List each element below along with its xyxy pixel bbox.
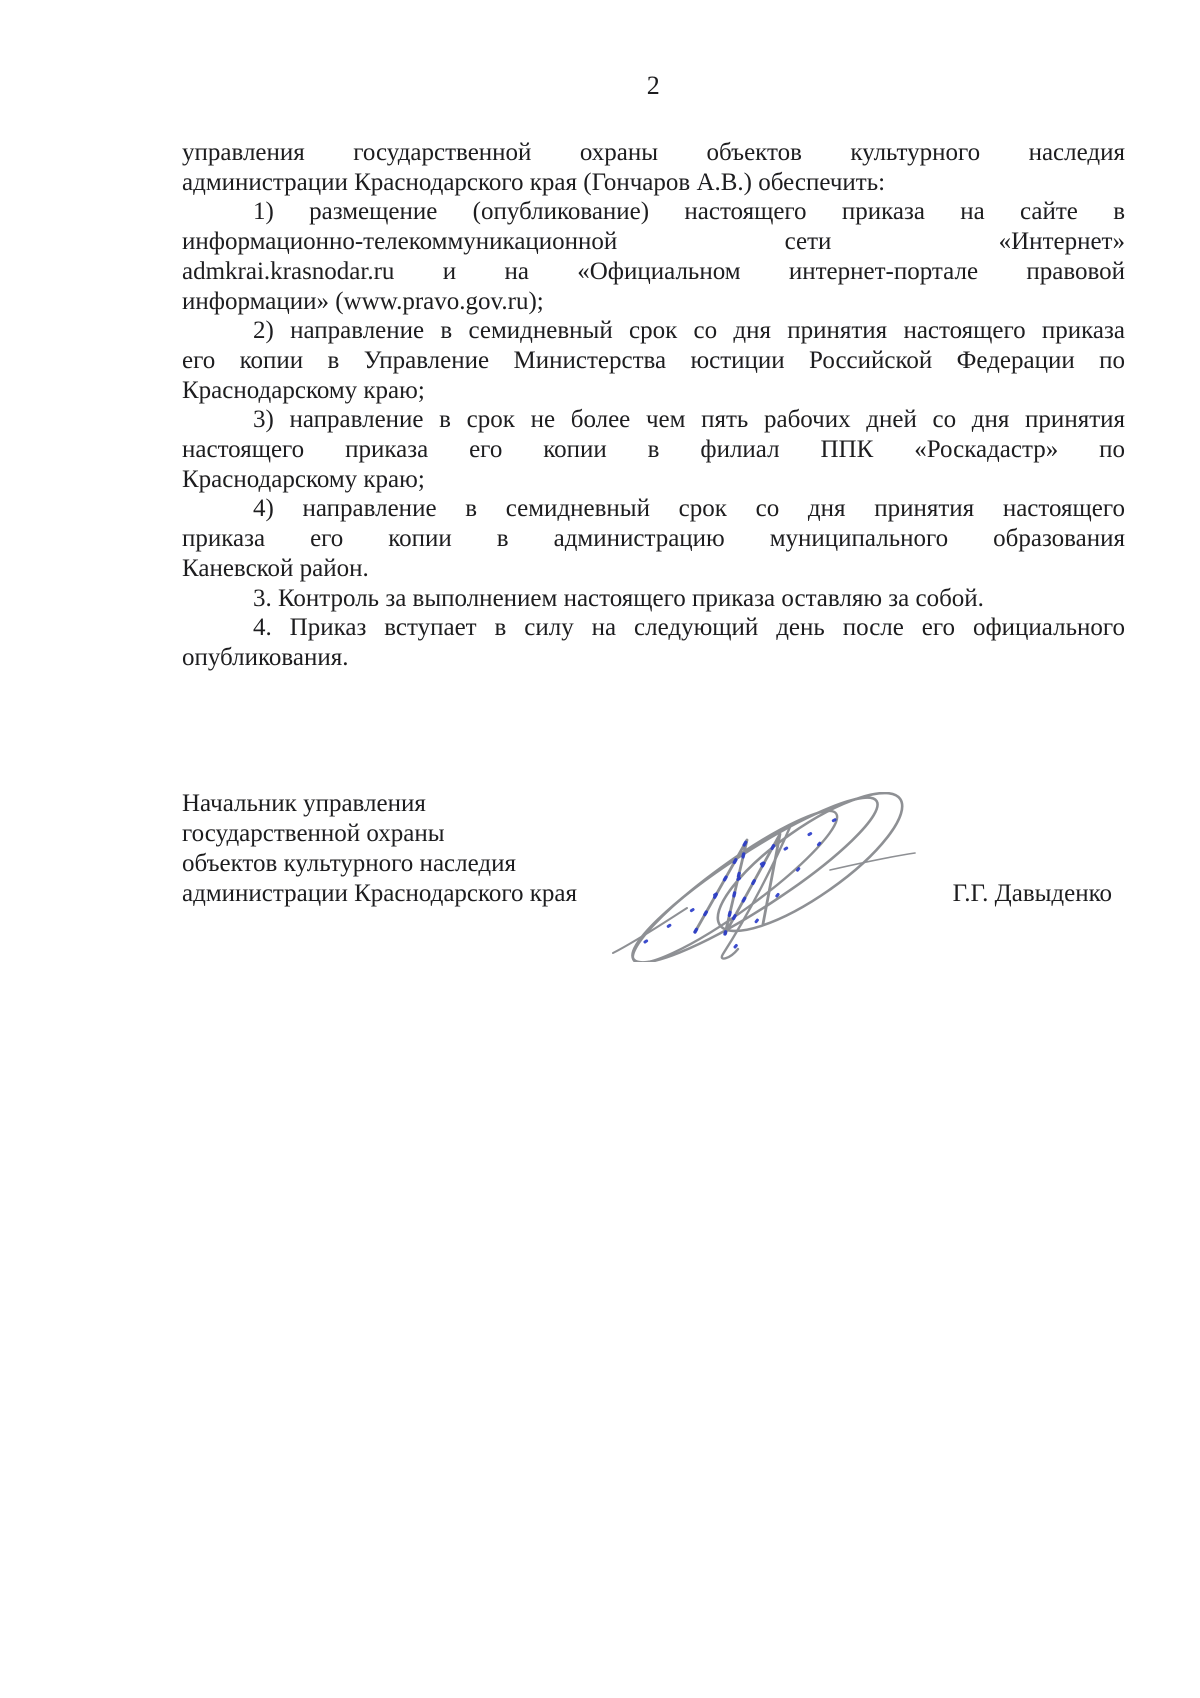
text-line: управления государственной охраны объект… bbox=[182, 138, 1125, 168]
signatory-name: Г.Г. Давыденко bbox=[953, 879, 1112, 909]
text-line: настоящего приказа его копии в филиал ПП… bbox=[182, 435, 1125, 465]
text-line: Краснодарскому краю; bbox=[182, 465, 1125, 495]
text-line: admkrai.krasnodar.ru и на «Официальном и… bbox=[182, 257, 1125, 287]
text-line: приказа его копии в администрацию муници… bbox=[182, 524, 1125, 554]
text-line: 4) направление в семидневный срок со дня… bbox=[182, 494, 1125, 524]
text-line: 3. Контроль за выполнением настоящего пр… bbox=[182, 584, 1125, 614]
text-line: Краснодарскому краю; bbox=[182, 376, 1125, 406]
document-page: 2 управления государственной охраны объе… bbox=[0, 0, 1200, 1698]
text-line: 1) размещение (опубликование) настоящего… bbox=[182, 197, 1125, 227]
page-number: 2 bbox=[182, 71, 1125, 101]
text-line: опубликования. bbox=[182, 643, 1125, 673]
text-line: информации» (www.pravo.gov.ru); bbox=[182, 287, 1125, 317]
text-line: Каневской район. bbox=[182, 554, 1125, 584]
text-line: его копии в Управление Министерства юсти… bbox=[182, 346, 1125, 376]
text-line: 4. Приказ вступает в силу на следующий д… bbox=[182, 613, 1125, 643]
document-body: управления государственной охраны объект… bbox=[182, 138, 1125, 673]
text-line: администрации Краснодарского края (Гонча… bbox=[182, 168, 1125, 198]
handwritten-signature bbox=[575, 792, 920, 962]
text-line: 3) направление в срок не более чем пять … bbox=[182, 405, 1125, 435]
text-line: 2) направление в семидневный срок со дня… bbox=[182, 316, 1125, 346]
text-line: информационно-телекоммуникационной сети … bbox=[182, 227, 1125, 257]
